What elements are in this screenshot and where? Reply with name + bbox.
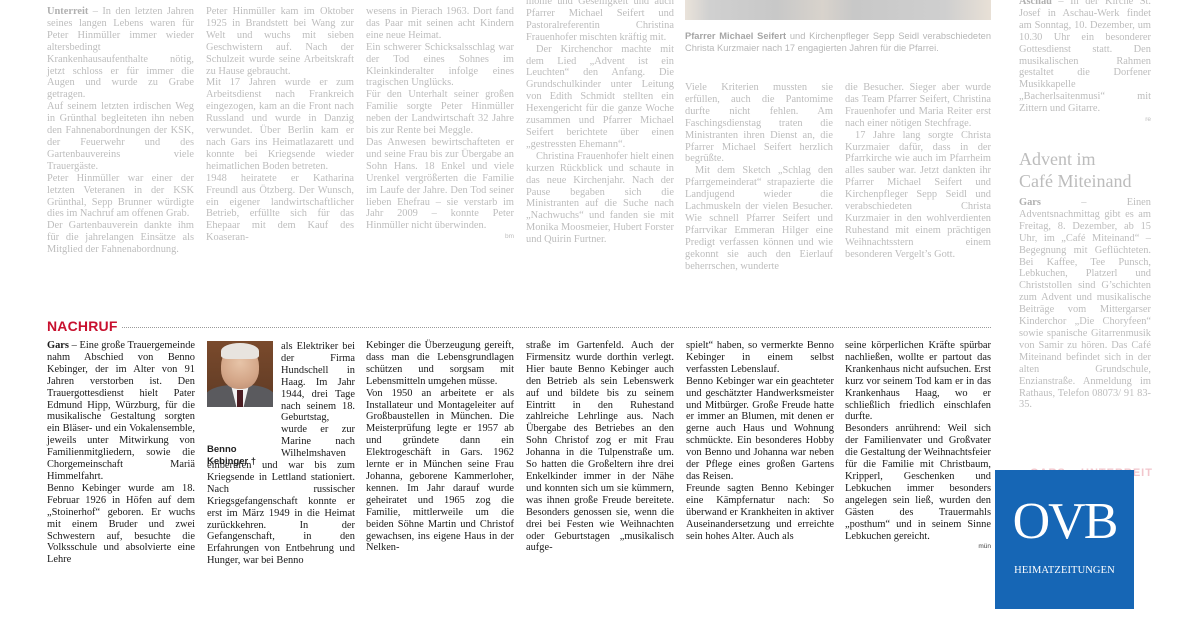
nachruf-col-6: seine körperlichen Kräfte spürbar nachli… [845,340,991,552]
photo-caption: Pfarrer Michael Seifert und Kirchenpfleg… [685,30,991,54]
nachruf-col-2-wrap: als Elektriker bei der Firma Hundschell … [281,341,355,460]
paragraph: 1948 heiratete er Katharina Freundl aus … [206,173,354,244]
paragraph: Benno Kebinger war ein geachteter und ge… [686,376,834,483]
paragraph: Der Gartenbauverein dankte ihm für die j… [47,220,194,256]
portrait-photo [207,341,273,407]
nachruf-col-1: Gars – Eine große Trauergemeinde nahm Ab… [47,340,195,566]
advent-col-1: monie und Geselligkeit und auch Pfarrer … [526,0,674,246]
paragraph: Peter Hinmüller kam im Oktober 1925 in B… [206,6,354,77]
author-signature: re [1019,115,1151,125]
paragraph: Unterreit – In den letzten Jahren seines… [47,6,194,101]
paragraph: 17 Jahre lang sorgte Christa Kurzmaier d… [845,130,991,261]
nachruf-col-2: einberufen und war bis zum Kriegsende in… [207,460,355,567]
nachruf-col-5: spielt“ haben, so vermerkte Benno Kebing… [686,340,834,542]
text: – Eine große Trauergemeinde nahm Abschie… [47,340,195,482]
paragraph: Aschau – In der Kirche St. Josef in Asch… [1019,0,1151,115]
paragraph: Freunde sagten Benno Kebinger eine Kämpf… [686,483,834,543]
advent-col-3: die Besucher. Sieger aber wurde das Team… [845,82,991,261]
paragraph: Besonders anrührend: Weil sich der Famil… [845,423,991,542]
caption-lead: Pfarrer Michael Seifert [685,31,786,41]
nachruf-col-4: straße im Gartenfeld. Auch der Firmensit… [526,340,674,554]
paragraph: einberufen und war bis zum Kriegsende in… [207,460,355,567]
paragraph: Mit 17 Jahren wurde er zum Arbeitsdienst… [206,77,354,172]
text: – In den letzten Jahren seines langen Le… [47,6,194,100]
paragraph: Peter Hinmüller war einer der letzten Ve… [47,173,194,221]
hinmueller-col-1: Unterreit – In den letzten Jahren seines… [47,6,194,256]
paragraph: Kebinger die Überzeugung gereift, dass m… [366,340,514,388]
text: – In der Kirche St. Josef in Aschau-Werk… [1019,0,1151,114]
paragraph: Gars – Einen Adventsnachmittag gibt es a… [1019,197,1151,411]
cafe-headline-line-1: Advent im [1019,148,1096,170]
paragraph: die Besucher. Sieger aber wurde das Team… [845,82,991,130]
cafe-brief: Gars – Einen Adventsnachmittag gibt es a… [1019,197,1151,411]
dateline: Aschau [1019,0,1052,7]
paragraph: Viele Kriterien mussten sie erfüllen, au… [685,82,833,165]
nachruf-col-3: Kebinger die Überzeugung gereift, dass m… [366,340,514,554]
paragraph: Von 1950 an arbeitete er als Installateu… [366,388,514,555]
paragraph: Mit dem Sketch „Schlag den Pfarrgemeinde… [685,165,833,272]
paragraph: straße im Gartenfeld. Auch der Firmensit… [526,340,674,554]
aschau-brief: Aschau – In der Kirche St. Josef in Asch… [1019,0,1151,125]
paragraph: Gars – Eine große Trauergemeinde nahm Ab… [47,340,195,483]
logo-subtitle: HEIMATZEITUNGEN [995,565,1134,576]
paragraph: spielt“ haben, so vermerkte Benno Kebing… [686,340,834,376]
dotted-rule [47,327,991,328]
hinmueller-col-3: wesens in Pierach 1963. Dort fand das Pa… [366,6,514,242]
dateline: Unterreit [47,6,88,17]
author-signature: bm [366,232,514,242]
article-photo [685,0,991,20]
cafe-headline-line-2: Café Miteinand [1019,170,1131,192]
text: – Einen Adventsnachmittag gibt es am Fre… [1019,197,1151,410]
ovb-logo[interactable]: OVB HEIMATZEITUNGEN [995,470,1134,609]
paragraph: Das Anwesen bewirtschafteten er und sein… [366,137,514,232]
paragraph: Ein schwerer Schicksalsschlag war der To… [366,42,514,90]
paragraph: Christina Frauenhofer hielt einen kurzen… [526,151,674,246]
paragraph: Benno Kebinger wurde am 18. Februar 1926… [47,483,195,566]
advent-col-2: Viele Kriterien mussten sie erfüllen, au… [685,82,833,273]
section-header-nachruf: NACHRUF [47,318,991,336]
hinmueller-col-2: Peter Hinmüller kam im Oktober 1925 in B… [206,6,354,244]
section-title: NACHRUF [47,318,122,334]
paragraph: wesens in Pierach 1963. Dort fand das Pa… [366,6,514,42]
paragraph: Für den Unterhalt seiner großen Familie … [366,89,514,137]
dateline: Gars [47,340,69,351]
dateline: Gars [1019,197,1041,208]
logo-mark: OVB [995,494,1134,550]
paragraph: seine körperlichen Kräfte spürbar nachli… [845,340,991,423]
paragraph: Der Kirchenchor machte mit dem Lied „Adv… [526,44,674,151]
paragraph: Auf seinem letzten irdischen Weg in Grün… [47,101,194,172]
paragraph: monie und Geselligkeit und auch Pfarrer … [526,0,674,44]
author-signature: mün [845,542,991,552]
